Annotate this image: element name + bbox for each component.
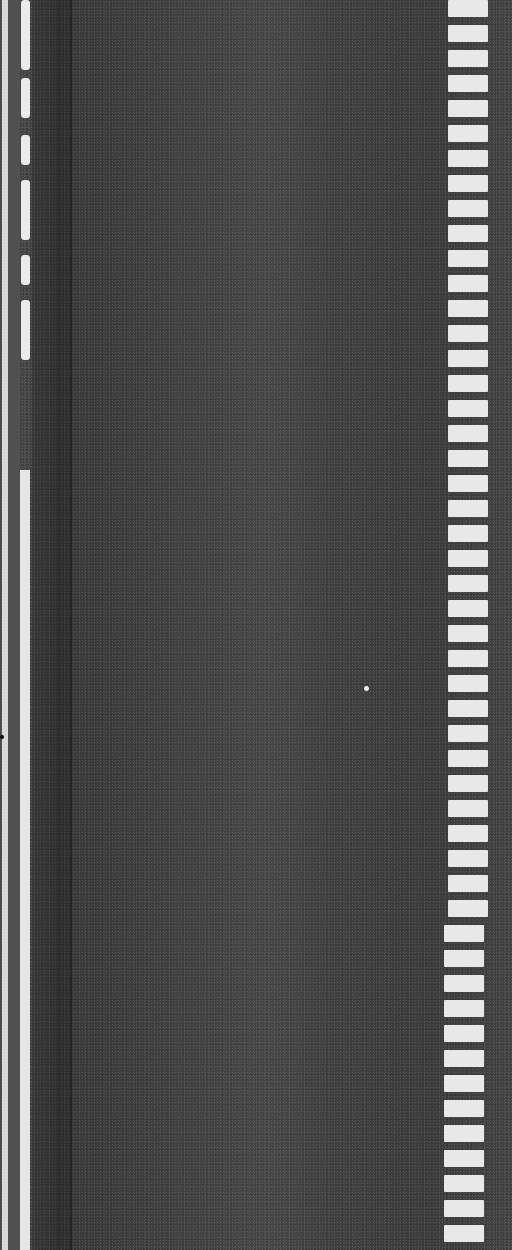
rumble-bar	[448, 150, 488, 167]
lane-dash	[21, 255, 30, 285]
rumble-bar	[448, 650, 488, 667]
rumble-bar	[444, 1150, 484, 1167]
rumble-bar	[448, 450, 488, 467]
asphalt-texture	[0, 0, 512, 1250]
lane-dash	[21, 135, 30, 165]
rumble-bar	[444, 1000, 484, 1017]
rumble-bar	[448, 575, 488, 592]
rumble-bar	[448, 875, 488, 892]
rumble-bar	[448, 350, 488, 367]
solid-lane-line	[20, 470, 30, 1250]
rumble-bar	[448, 400, 488, 417]
rumble-bar	[448, 200, 488, 217]
rumble-bar	[444, 1200, 484, 1217]
rumble-bar	[444, 1050, 484, 1067]
rumble-bar	[448, 275, 488, 292]
rumble-bar	[448, 750, 488, 767]
rumble-bar	[448, 825, 488, 842]
debris-spot	[364, 686, 369, 691]
road-shoulder-shadow	[32, 0, 72, 1250]
rumble-bar	[448, 675, 488, 692]
shoulder-strip	[8, 0, 20, 1250]
rumble-bar	[448, 850, 488, 867]
rumble-bar	[448, 625, 488, 642]
rumble-bar	[448, 475, 488, 492]
lane-dash	[21, 78, 30, 118]
rumble-bar	[448, 125, 488, 142]
debris-spot	[0, 735, 4, 739]
rumble-bar	[448, 375, 488, 392]
rumble-bar	[448, 700, 488, 717]
rumble-bar	[444, 1075, 484, 1092]
rumble-bar	[448, 725, 488, 742]
lane-dash	[21, 180, 30, 240]
rumble-bar	[444, 950, 484, 967]
rumble-bar	[448, 175, 488, 192]
rumble-bar	[448, 250, 488, 267]
rumble-bar	[444, 975, 484, 992]
rumble-bar	[448, 600, 488, 617]
rumble-bar	[448, 800, 488, 817]
lane-dash	[21, 0, 30, 70]
rumble-bar	[444, 1175, 484, 1192]
rumble-bar	[448, 550, 488, 567]
road-aerial-image	[0, 0, 512, 1250]
rumble-bar	[448, 900, 488, 917]
rumble-bar	[444, 1025, 484, 1042]
rumble-bar	[448, 100, 488, 117]
rumble-bar	[448, 775, 488, 792]
rumble-bar	[448, 50, 488, 67]
rumble-bar	[448, 500, 488, 517]
rumble-bar	[444, 1100, 484, 1117]
rumble-bar	[448, 425, 488, 442]
rumble-bar	[448, 75, 488, 92]
pavement-seam	[58, 0, 60, 1250]
pavement-seam	[70, 0, 72, 1250]
rumble-bar	[444, 1225, 484, 1242]
rumble-bar	[448, 325, 488, 342]
rumble-bar	[448, 0, 488, 17]
lane-dash	[21, 300, 30, 360]
rumble-bar	[448, 225, 488, 242]
rumble-bar	[444, 925, 484, 942]
rumble-bar	[448, 300, 488, 317]
rumble-bar	[444, 1125, 484, 1142]
rumble-bar	[448, 25, 488, 42]
rumble-bar	[448, 525, 488, 542]
